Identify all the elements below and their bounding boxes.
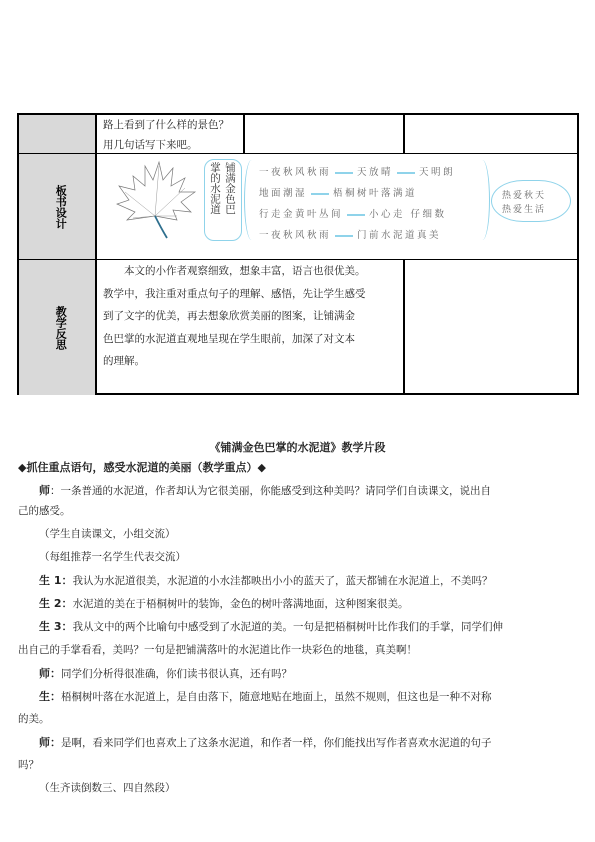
- reflection-label: 教学反思: [52, 306, 68, 350]
- row-header-empty: [19, 115, 97, 153]
- text-line: 色巴掌的水泥道直观地呈现在学生眼前，加深了对文本: [103, 328, 407, 351]
- board-design-label: 板书设计: [52, 185, 68, 229]
- paragraph-line: 的美。: [18, 709, 50, 730]
- stage-direction: （每组推荐一名学生代表交流）: [39, 547, 186, 568]
- paragraph-student-2: 生 2：水泥道的美在于梧桐树叶的装饰，金色的树叶落满地面，这种图案很美。: [39, 593, 408, 615]
- paragraph-teacher-1: 师：一条普通的水泥道，作者却认为它很美丽，你能感受到这种美吗？请同学们自读课文，…: [39, 480, 491, 502]
- table-row-board-design: 板书设计 铺满金色巴 掌的水泥道 一夜秋风秋雨天放晴天明朗 地面潮湿梧桐树叶落满…: [19, 154, 577, 260]
- text-line: 本文的小作者观察细致，想象丰富，语言也很优美。: [103, 260, 407, 283]
- board-line-2: 地面潮湿梧桐树叶落满道: [259, 184, 417, 204]
- text-line: 教学中，我注重对重点句子的理解、感悟，先让学生感受: [103, 283, 407, 306]
- stage-direction: （生齐读倒数三、四自然段）: [39, 778, 176, 799]
- stage-direction: （学生自读课文，小组交流）: [39, 524, 176, 545]
- table-row-reflection: 教学反思 本文的小作者观察细致，想象丰富，语言也很优美。 教学中，我注重对重点句…: [19, 260, 577, 395]
- paragraph-student-1: 生 1：我认为水泥道很美，水泥道的小水洼都映出小小的蓝天了，蓝天都铺在水泥道上，…: [39, 570, 492, 592]
- lesson-plan-table: 路上看到了什么样的景色？ 用几句话写下来吧。 板书设计 铺满金色巴 掌的水泥道: [17, 113, 579, 395]
- empty-cell: [403, 115, 577, 153]
- empty-cell: [243, 115, 405, 153]
- paragraph-student-4: 生：梧桐树叶落在水泥道上，是自由落下，随意地贴在地面上，虽然不规则，但这也是一种…: [39, 686, 492, 708]
- text-line: 的理解。: [103, 350, 407, 373]
- maple-leaf-icon: [115, 160, 197, 240]
- left-bracket: [244, 160, 259, 240]
- board-design-cell: 铺满金色巴 掌的水泥道 一夜秋风秋雨天放晴天明朗 地面潮湿梧桐树叶落满道 行走金…: [97, 154, 577, 259]
- paragraph-line: 己的感受。: [18, 501, 71, 522]
- text-line: 用几句话写下来吧。: [103, 135, 247, 155]
- text-line: 路上看到了什么样的景色？: [103, 115, 247, 135]
- text-line: 到了文字的优美，再去想象欣赏美丽的图案，让铺满金: [103, 305, 407, 328]
- paragraph-student-3: 生 3：我从文中的两个比喻句中感受到了水泥道的美。一句是把梧桐树叶比作我们的手掌…: [39, 616, 503, 638]
- board-line-4: 一夜秋风秋雨门前水泥道真美: [259, 226, 441, 246]
- section-title: 《铺满金色巴掌的水泥道》教学片段: [0, 439, 595, 455]
- row-header-reflection: 教学反思: [19, 260, 97, 395]
- row-header-board-design: 板书设计: [19, 154, 97, 259]
- paragraph-teacher-3: 师：是啊，看来同学们也喜欢上了这条水泥道，和作者一样，你们能找出写作者喜欢水泥道…: [39, 732, 492, 754]
- board-line-3: 行走金黄叶丛间小心走 仔细数: [259, 205, 447, 225]
- paragraph-teacher-2: 师：同学们分析得很准确，你们读书很认真，还有吗？: [39, 663, 292, 685]
- activity-text-cell: 路上看到了什么样的景色？ 用几句话写下来吧。: [103, 115, 247, 153]
- table-row-continuation: 路上看到了什么样的景色？ 用几句话写下来吧。: [19, 115, 577, 154]
- lesson-title-col-left: 掌的水泥道: [208, 162, 221, 215]
- speaker-label: 师: [39, 484, 50, 497]
- reflection-text-cell: 本文的小作者观察细致，想象丰富，语言也很优美。 教学中，我注重对重点句子的理解、…: [103, 260, 407, 395]
- empty-cell: [403, 260, 577, 395]
- section-subtitle: ◆抓住重点语句，感受水泥道的美丽（教学重点）◆: [18, 459, 266, 475]
- paragraph-line: 吗？: [18, 755, 39, 776]
- right-bracket: [475, 160, 490, 240]
- board-line-1: 一夜秋风秋雨天放晴天明朗: [259, 163, 455, 183]
- lesson-title-col-right: 铺满金色巴: [223, 162, 236, 215]
- cloud-line-2: 热爱生活: [502, 200, 546, 220]
- paragraph-line: 出自己的手掌看看，美吗？一句是把铺满落叶的水泥道比作一块彩色的地毯，真美啊！: [18, 640, 417, 661]
